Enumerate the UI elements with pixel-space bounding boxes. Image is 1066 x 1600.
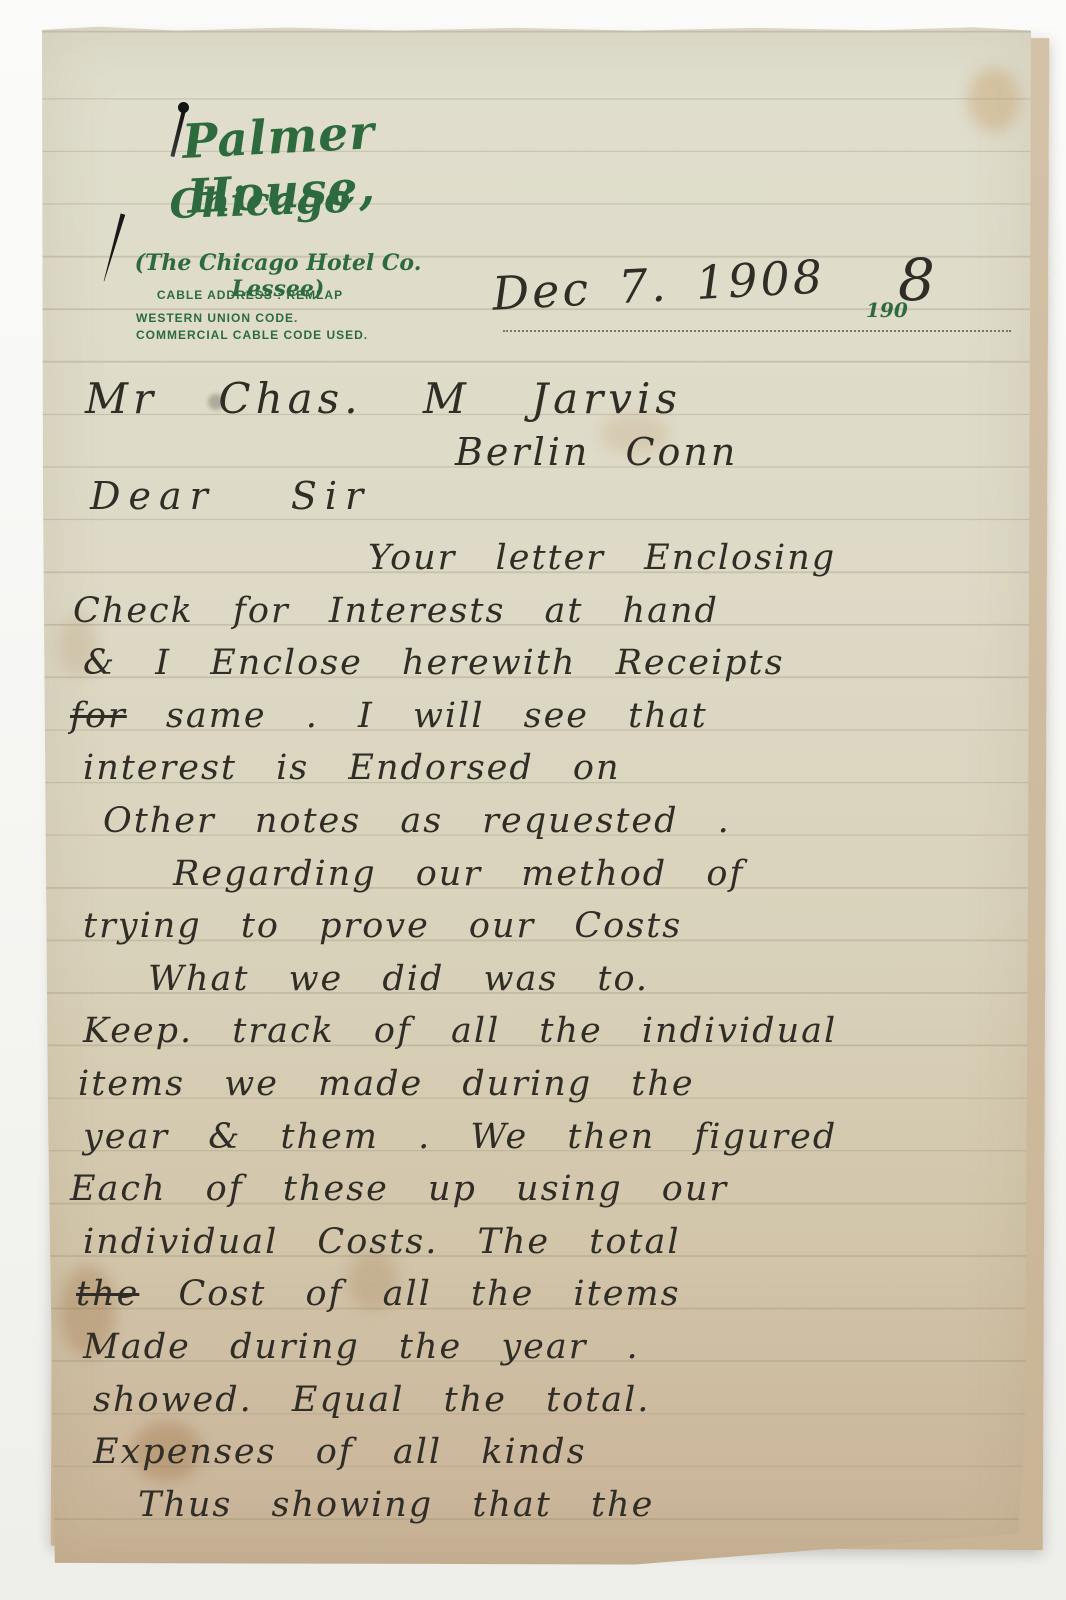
body-text: Keep. track of all the individual: [83, 1011, 837, 1051]
body-text: Thus showing that the: [138, 1485, 654, 1525]
letter-body: Your letter EnclosingCheck for Interests…: [70, 532, 1026, 1531]
letter-body-line: Your letter Enclosing: [368, 532, 1026, 585]
body-text: Cost of all the items: [139, 1274, 680, 1314]
body-text: Made during the year .: [83, 1327, 640, 1367]
letter-body-line: showed. Equal the total.: [93, 1374, 1026, 1427]
letter-body-line: & I Enclose herewith Receipts: [83, 637, 1026, 690]
body-text: Other notes as requested .: [103, 801, 731, 841]
letter-body-line: items we made during the: [78, 1058, 1026, 1111]
body-text: Regarding our method of: [173, 854, 744, 894]
letter-body-line: Regarding our method of: [173, 848, 1026, 901]
body-text: & I Enclose herewith Receipts: [83, 643, 785, 683]
scan-background: Palmer House, Chicago (The Chicago Hotel…: [0, 0, 1066, 1600]
letter-body-line: What we did was to.: [148, 953, 1026, 1006]
salutation: Dear Sir: [90, 474, 371, 518]
letter-body-line: Each of these up using our: [70, 1163, 1026, 1216]
letter-body-line: trying to prove our Costs: [83, 900, 1026, 953]
letter-body-line: Thus showing that the: [138, 1479, 1026, 1532]
letterhead-code-lines: WESTERN UNION CODE. COMMERCIAL CABLE COD…: [136, 310, 368, 344]
letter-body-line: interest is Endorsed on: [83, 742, 1026, 795]
body-text: items we made during the: [78, 1064, 695, 1104]
body-text: Check for Interests at hand: [73, 591, 719, 631]
letter-body-line: Keep. track of all the individual: [83, 1005, 1026, 1058]
letter-body-line: Expenses of all kinds: [93, 1426, 1026, 1479]
letter-page: Palmer House, Chicago (The Chicago Hotel…: [40, 26, 1032, 1566]
body-text: interest is Endorsed on: [83, 748, 621, 788]
body-text: Your letter Enclosing: [368, 538, 836, 578]
letter-body-line: Other notes as requested .: [103, 795, 1026, 848]
letter-body-line: the Cost of all the items: [76, 1268, 1026, 1321]
struck-word: for: [70, 696, 127, 736]
letterhead-code-line-1: WESTERN UNION CODE.: [136, 310, 368, 327]
handwritten-year-digit: 8: [898, 246, 935, 314]
letter-body-line: Made during the year .: [83, 1321, 1026, 1374]
letterhead-code-line-2: COMMERCIAL CABLE CODE USED.: [136, 327, 368, 344]
letterhead-cable-address: CABLE ADDRESS : REMLAP: [100, 288, 400, 302]
body-text: showed. Equal the total.: [93, 1380, 650, 1420]
body-text: Expenses of all kinds: [93, 1432, 587, 1472]
stain: [968, 68, 1020, 132]
letter-body-line: for same . I will see that: [70, 690, 1026, 743]
body-text: individual Costs. The total: [83, 1222, 681, 1262]
body-text: What we did was to.: [148, 959, 649, 999]
recipient-name: Mr Chas. M Jarvis: [85, 374, 682, 423]
letter-body-line: individual Costs. The total: [83, 1216, 1026, 1269]
recipient-location: Berlin Conn: [455, 430, 738, 474]
body-text: same . I will see that: [127, 696, 708, 736]
body-text: Each of these up using our: [70, 1169, 728, 1209]
letterhead-city: Chicago: [109, 173, 410, 230]
body-text: year & them . We then figured: [83, 1117, 837, 1157]
letter-body-line: year & them . We then figured: [83, 1111, 1026, 1164]
struck-word: the: [76, 1274, 139, 1314]
letter-body-line: Check for Interests at hand: [73, 585, 1026, 638]
body-text: trying to prove our Costs: [83, 906, 682, 946]
